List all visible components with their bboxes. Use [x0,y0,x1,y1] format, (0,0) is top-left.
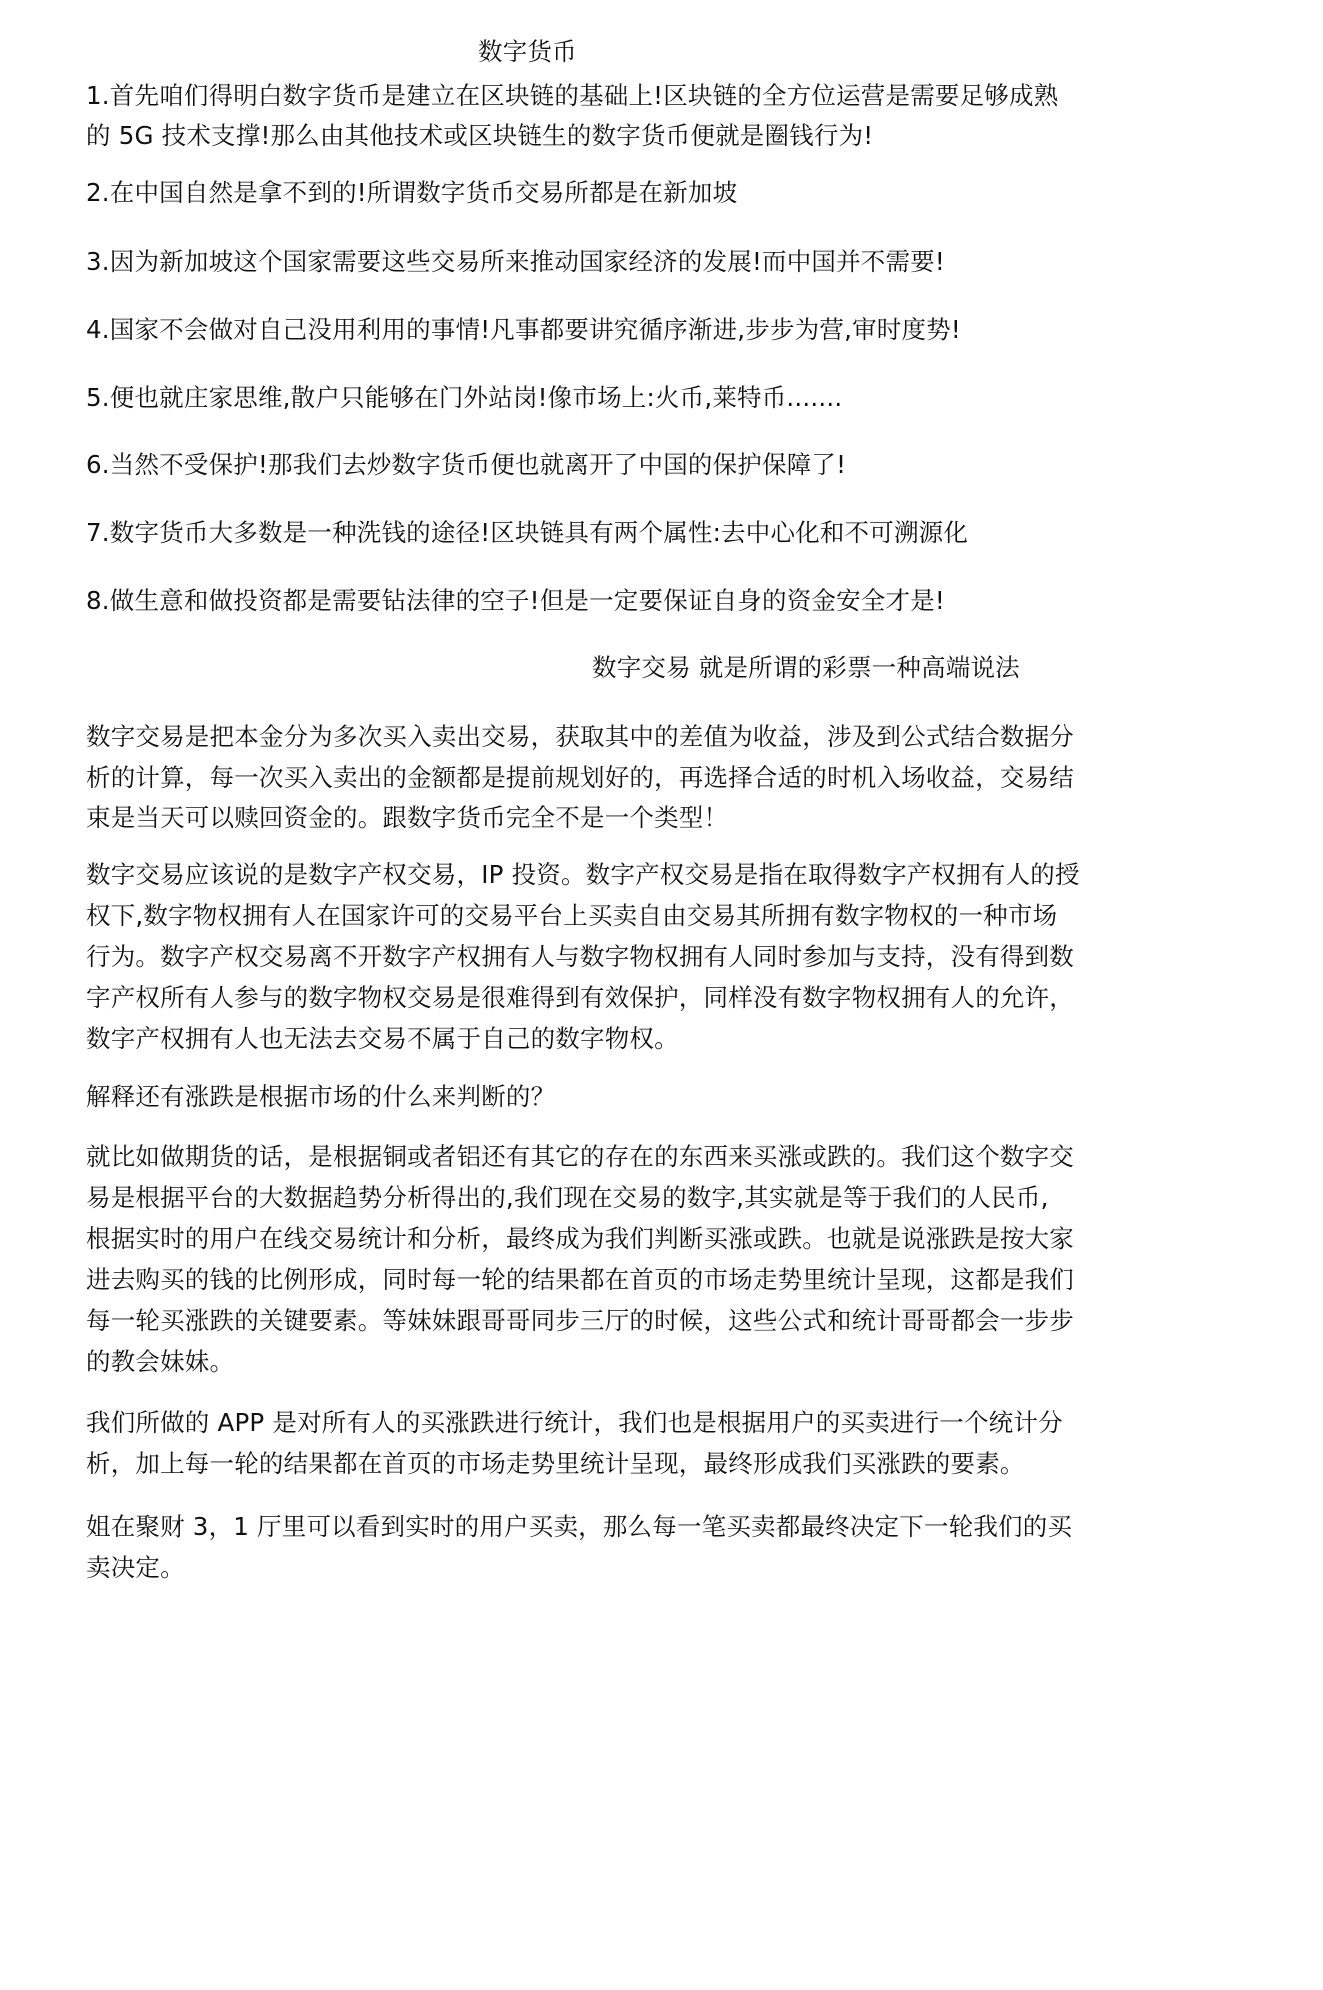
point-8: 8.做生意和做投资都是需要钻法律的空子!但是一定要保证自身的资金安全才是! [86,585,945,617]
paragraph-line: 就比如做期货的话，是根据铜或者铝还有其它的存在的东西来买涨或跌的。我们这个数字交 [86,1141,1074,1173]
paragraph-line: 字产权所有人参与的数字物权交易是很难得到有效保护，同样没有数字物权拥有人的允许， [86,982,1074,1014]
section-subtitle: 数字交易 就是所谓的彩票一种高端说法 [592,652,1020,684]
paragraph-line: 每一轮买涨跌的关键要素。等妹妹跟哥哥同步三厅的时候，这些公式和统计哥哥都会一步步 [86,1305,1074,1337]
point-1-line-1: 1.首先咱们得明白数字货币是建立在区块链的基础上!区块链的全方位运营是需要足够成… [86,80,1058,112]
paragraph-line: 的教会妹妹。 [86,1346,234,1378]
paragraph-line: 束是当天可以赎回资金的。跟数字货币完全不是一个类型！ [86,802,728,834]
question-line: 解释还有涨跌是根据市场的什么来判断的？ [86,1081,555,1113]
paragraph-line: 易是根据平台的大数据趋势分析得出的,我们现在交易的数字,其实就是等于我们的人民币… [86,1182,1049,1214]
paragraph-line: 数字产权拥有人也无法去交易不属于自己的数字物权。 [86,1023,679,1055]
paragraph-line: 姐在聚财 3，1 厅里可以看到实时的用户买卖，那么每一笔买卖都最终决定下一轮我们… [86,1511,1072,1543]
point-1-line-2: 的 5G 技术支撑!那么由其他技术或区块链生的数字货币便就是圈钱行为! [86,120,873,152]
point-6: 6.当然不受保护!那我们去炒数字货币便也就离开了中国的保护保障了! [86,449,846,481]
paragraph-line: 进去购买的钱的比例形成，同时每一轮的结果都在首页的市场走势里统计呈现，这都是我们 [86,1264,1074,1296]
point-2: 2.在中国自然是拿不到的!所谓数字货币交易所都是在新加坡 [86,177,737,209]
point-7: 7.数字货币大多数是一种洗钱的途径!区块链具有两个属性:去中心化和不可溯源化 [86,517,968,549]
paragraph-line: 权下,数字物权拥有人在国家许可的交易平台上买卖自由交易其所拥有数字物权的一种市场 [86,900,1057,932]
point-4: 4.国家不会做对自己没用利用的事情!凡事都要讲究循序渐进,步步为营,审时度势! [86,314,961,346]
document-page: 数字货币 1.首先咱们得明白数字货币是建立在区块链的基础上!区块链的全方位运营是… [0,0,1323,1990]
paragraph-line: 我们所做的 APP 是对所有人的买涨跌进行统计，我们也是根据用户的买卖进行一个统… [86,1407,1063,1439]
document-title: 数字货币 [478,36,577,68]
point-5: 5.便也就庄家思维,散户只能够在门外站岗!像市场上:火币,莱特币....... [86,382,842,414]
paragraph-line: 卖决定。 [86,1552,185,1584]
paragraph-line: 行为。数字产权交易离不开数字产权拥有人与数字物权拥有人同时参加与支持，没有得到数 [86,941,1074,973]
point-3: 3.因为新加坡这个国家需要这些交易所来推动国家经济的发展!而中国并不需要! [86,246,945,278]
paragraph-line: 数字交易是把本金分为多次买入卖出交易，获取其中的差值为收益，涉及到公式结合数据分 [86,721,1074,753]
paragraph-line: 数字交易应该说的是数字产权交易，IP 投资。数字产权交易是指在取得数字产权拥有人… [86,859,1080,891]
paragraph-line: 析，加上每一轮的结果都在首页的市场走势里统计呈现，最终形成我们买涨跌的要素。 [86,1448,1025,1480]
paragraph-line: 析的计算，每一次买入卖出的金额都是提前规划好的，再选择合适的时机入场收益，交易结 [86,762,1074,794]
paragraph-line: 根据实时的用户在线交易统计和分析，最终成为我们判断买涨或跌。也就是说涨跌是按大家 [86,1223,1074,1255]
